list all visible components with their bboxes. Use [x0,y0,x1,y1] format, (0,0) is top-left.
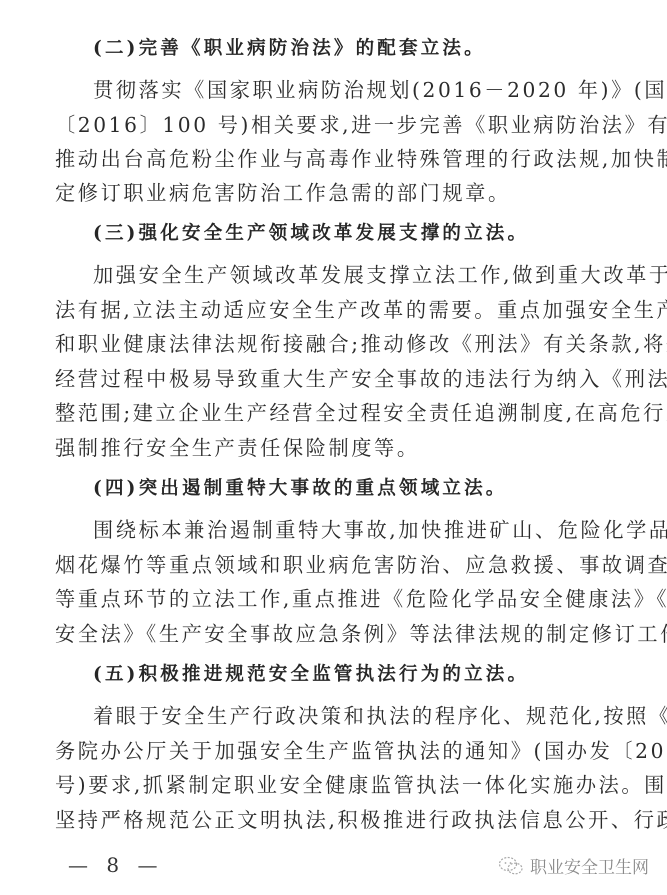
paragraph-line: 〔2016〕100 号)相关要求,进一步完善《职业病防治法》有关条款, [55,113,608,137]
document-page: (二)完善《职业病防治法》的配套立法。 贯彻落实《国家职业病防治规划(2016－… [0,0,667,895]
paragraph-line: 着眼于安全生产行政决策和执法的程序化、规范化,按照《国 [93,704,608,728]
section-heading-3: (三)强化安全生产领域改革发展支撑的立法。 [93,222,529,246]
paragraph-line: 定修订职业病危害防治工作急需的部门规章。 [55,181,608,205]
watermark-text: 职业安全卫生网 [530,853,649,878]
paragraph-line: 法有据,立法主动适应安全生产改革的需要。重点加强安全生产 [55,298,608,322]
page-number: — 8 — [68,853,163,877]
paragraph-line: 坚持严格规范公正文明执法,积极推进行政执法信息公开、行政执 [55,808,608,832]
section-heading-2: (二)完善《职业病防治法》的配套立法。 [93,37,486,61]
watermark: 职业安全卫生网 [498,853,649,878]
paragraph-line: 安全法》《生产安全事故应急条例》等法律法规的制定修订工作。 [55,622,608,646]
paragraph-line: 烟花爆竹等重点领域和职业病危害防治、应急救援、事故调查处理 [55,553,608,577]
section-heading-4: (四)突出遏制重特大事故的重点领域立法。 [93,477,508,501]
paragraph-line: 加强安全生产领域改革发展支撑立法工作,做到重大改革于 [93,263,608,287]
paragraph-line: 号)要求,抓紧制定职业安全健康监管执法一体化实施办法。围绕 [55,773,608,797]
paragraph-line: 整范围;建立企业生产经营全过程安全责任追溯制度,在高危行业 [55,401,608,425]
paragraph-line: 经营过程中极易导致重大生产安全事故的违法行为纳入《刑法》调 [55,367,608,391]
paragraph-line: 等重点环节的立法工作,重点推进《危险化学品安全健康法》《矿山 [55,587,608,611]
wechat-icon [498,856,524,876]
paragraph-line: 和职业健康法律法规衔接融合;推动修改《刑法》有关条款,将生产 [55,332,608,356]
paragraph-line: 强制推行安全生产责任保险制度等。 [55,436,608,460]
paragraph-line: 务院办公厅关于加强安全生产监管执法的通知》(国办发〔2015〕20 [55,739,608,763]
paragraph-line: 推动出台高危粉尘作业与高毒作业特殊管理的行政法规,加快制 [55,147,608,171]
paragraph-line: 贯彻落实《国家职业病防治规划(2016－2020 年)》(国办发 [93,78,608,102]
paragraph-line: 围绕标本兼治遏制重特大事故,加快推进矿山、危险化学品、 [93,518,608,542]
section-heading-5: (五)积极推进规范安全监管执法行为的立法。 [93,663,529,687]
